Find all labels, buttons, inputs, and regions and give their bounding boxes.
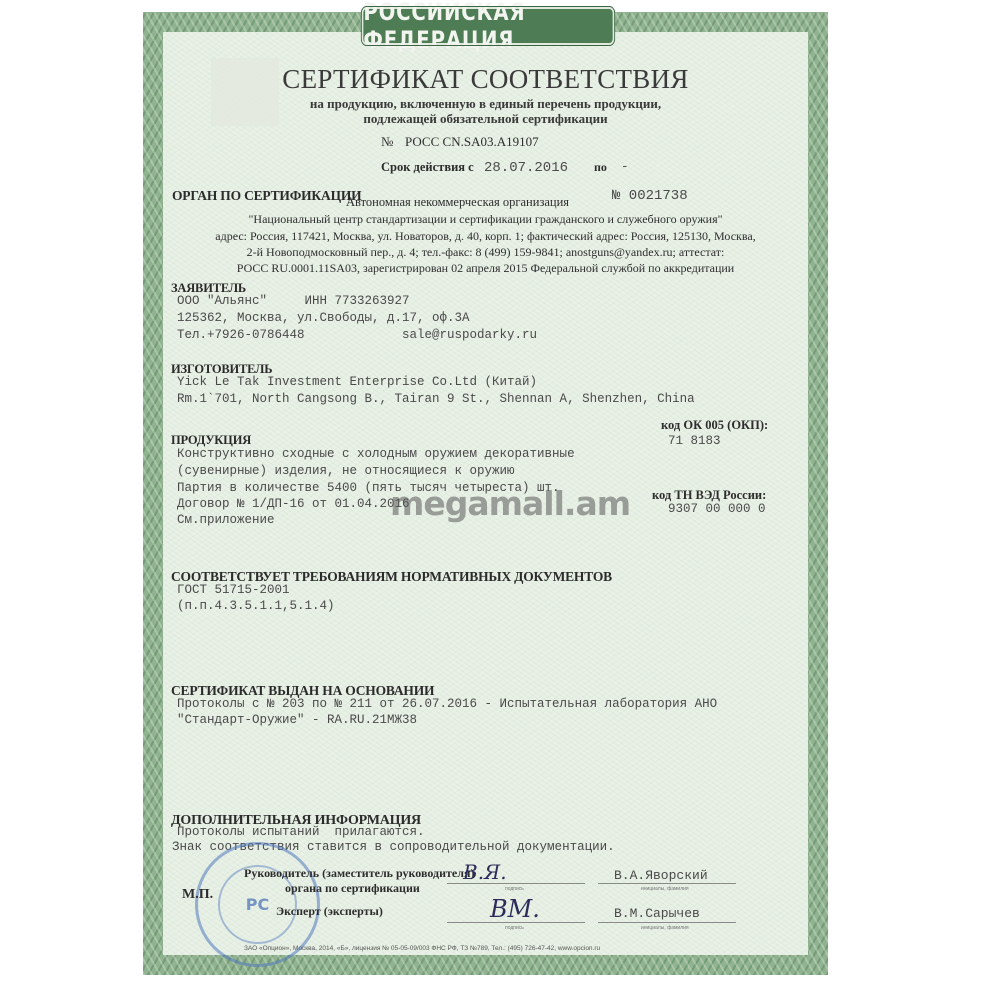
head-signature-line <box>447 883 585 884</box>
tnved-code-label: код ТН ВЭД России: <box>652 488 766 503</box>
head-signature: В.Я. <box>463 860 507 884</box>
manufacturer-line: Yick Le Tak Investment Enterprise Co.Ltd… <box>177 375 537 389</box>
certificate-number-label: № <box>381 134 393 150</box>
basis-line: Протоколы с № 203 по № 211 от 26.07.2016… <box>177 697 717 711</box>
name-caption: инициалы, фамилия <box>641 886 689 892</box>
product-line: Конструктивно сходные с холодным оружием… <box>177 447 575 461</box>
stamp-label: М.П. <box>182 887 213 903</box>
applicant-line: 125362, Москва, ул.Свободы, д.17, оф.3А <box>177 311 470 325</box>
signature-caption: подпись <box>505 886 524 892</box>
product-line: Договор № 1/ДП-16 от 01.04.2016 <box>177 497 410 511</box>
head-name: В.А.Яворский <box>614 868 708 883</box>
certification-body-line: 2-й Новоподмосковный пер., д. 4; тел.-фа… <box>163 245 808 260</box>
head-label-line-1: Руководитель (заместитель руководителя) <box>244 866 474 881</box>
basis-line: "Стандарт-Оружие" - RA.RU.21МЖ38 <box>177 713 417 727</box>
blank-number: № 0021738 <box>612 188 688 204</box>
document-title: СЕРТИФИКАТ СООТВЕТСТВИЯ <box>163 64 808 95</box>
signature-caption: подпись <box>505 925 524 931</box>
expert-label: Эксперт (эксперты) <box>276 904 383 919</box>
certification-body-org-type: Автономная некоммерческая организация <box>346 195 569 210</box>
certificate-number: РОСС CN.SA03.A19107 <box>405 134 539 150</box>
expert-signature: ВМ. <box>490 895 540 923</box>
printer-footer: ЗАО «Опцион», Москва, 2014, «Б», лицензи… <box>244 945 600 952</box>
okp-code-label: код ОК 005 (ОКП): <box>661 418 768 433</box>
applicant-line: ООО "Альянс" ИНН 7733263927 <box>177 294 410 308</box>
standards-line: ГОСТ 51715-2001 <box>177 583 290 597</box>
head-name-line <box>598 883 736 884</box>
okp-code: 71 8183 <box>668 434 721 448</box>
manufacturer-line: Rm.1`701, North Cangsong B., Tairan 9 St… <box>177 392 695 406</box>
certification-body-line: РОСС RU.0001.11SA03, зарегистрирован 02 … <box>163 261 808 276</box>
validity-to-label: по <box>594 160 607 175</box>
expert-signature-line <box>447 922 585 923</box>
expert-name-line <box>598 922 736 923</box>
subtitle-line-2: подлежащей обязательной сертификации <box>163 111 808 127</box>
head-label-line-2: органа по сертификации <box>285 881 420 896</box>
certification-body-heading: ОРГАН ПО СЕРТИФИКАЦИИ <box>172 188 361 204</box>
country-banner: РОССИЙСКАЯ ФЕДЕРАЦИЯ <box>362 7 615 45</box>
certification-body-line: адрес: Россия, 117421, Москва, ул. Новат… <box>163 229 808 244</box>
standards-line: (п.п.4.3.5.1.1,5.1.4) <box>177 599 335 613</box>
watermark: megamall.am <box>390 484 630 523</box>
tnved-code: 9307 00 000 0 <box>668 502 766 516</box>
validity-from: 28.07.2016 <box>484 160 568 176</box>
product-line: (сувенирные) изделия, не относящиеся к о… <box>177 464 515 478</box>
subtitle-line-1: на продукцию, включенную в единый перече… <box>163 96 808 112</box>
additional-info-line: Протоколы испытаний прилагаются. <box>177 825 425 839</box>
certification-body-line: "Национальный центр стандартизации и сер… <box>163 212 808 227</box>
validity-to: - <box>621 160 629 174</box>
product-heading: ПРОДУКЦИЯ <box>171 433 251 448</box>
validity-label: Срок действия с <box>381 160 474 175</box>
product-line: См.приложение <box>177 513 275 527</box>
applicant-line: Тел.+7926-0786448 sale@ruspodarky.ru <box>177 328 537 342</box>
name-caption: инициалы, фамилия <box>641 925 689 931</box>
expert-name: В.М.Сарычев <box>614 906 700 921</box>
